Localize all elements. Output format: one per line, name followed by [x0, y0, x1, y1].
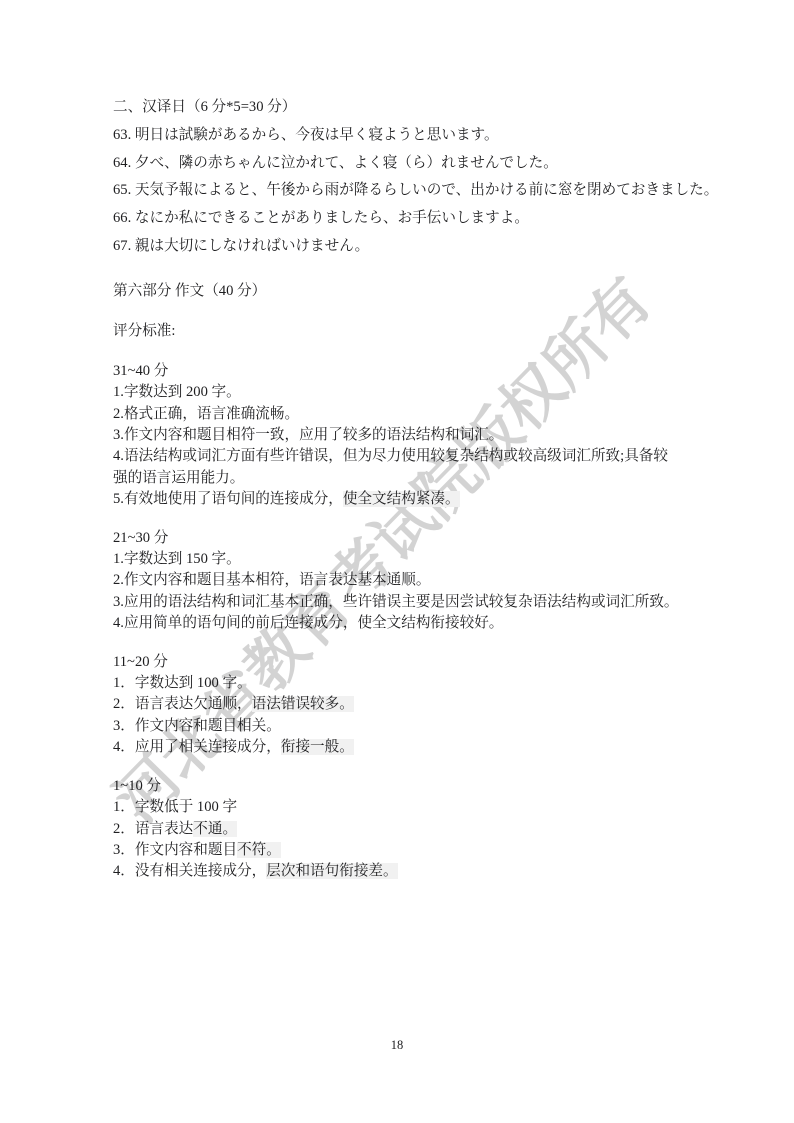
criteria-line-text: 5.有效地使用了语句间的连接成分， [113, 491, 343, 507]
criteria-line: 1.字数达到 200 字。 [113, 382, 733, 403]
criteria-line: 2．语言表达欠通顺，语法错误较多。 [113, 694, 733, 715]
score-range-label: 1~10 分 [113, 776, 733, 797]
translation-heading: 二、汉译日（6 分*5=30 分） [113, 94, 733, 122]
criteria-line-text: 1.字数达到 150 字。 [113, 551, 241, 567]
score-bands: 31~40 分 1.字数达到 200 字。 2.格式正确，语言准确流畅。 3.作… [113, 361, 733, 883]
translation-item-63: 63. 明日は試験があるから、今夜は早く寝ようと思います。 [113, 122, 733, 150]
criteria-line: 4.语法结构或词汇方面有些许错误，但为尽力使用较复杂结构或较高级词汇所致;具备较 [113, 446, 733, 467]
criteria-line: 3.作文内容和题目相符一致，应用了较多的语法结构和词汇。 [113, 425, 733, 446]
criteria-line: 1．字数达到 100 字。 [113, 673, 733, 694]
criteria-line-text: 1．字数低于 100 字 [113, 799, 237, 815]
criteria-line-text: 3．作文内容和题目相关。 [113, 718, 281, 734]
criteria-line: 1．字数低于 100 字 [113, 797, 733, 818]
criteria-line: 4．应用了相关连接成分，衔接一般。 [113, 737, 733, 758]
criteria-line-text: 2．语言表达 [113, 821, 193, 837]
criteria-line: 强的语言运用能力。 [113, 468, 733, 489]
criteria-line-text: 2.作文内容和题目基本相符，语言表达基本通顺。 [113, 572, 430, 588]
translation-item-64: 64. 夕べ、隣の赤ちゃんに泣かれて、よく寝（ら）れませんでした。 [113, 150, 733, 178]
translation-item-66: 66. なにか私にできることがありましたら、お手伝いしますよ。 [113, 205, 733, 233]
criteria-line-text: 2.格式正确，语言准确流畅。 [113, 406, 299, 422]
criteria-line-text: 4.语法结构或词汇方面有些许错误，但为尽力使用较复杂结构或较高级词汇所致;具备较 [113, 448, 668, 464]
criteria-line-highlight: 语法错误较多。 [252, 696, 354, 712]
criteria-line-highlight: 衔接一般。 [281, 739, 354, 755]
criteria-line-text: 1.字数达到 200 字。 [113, 384, 241, 400]
score-range-label: 11~20 分 [113, 652, 733, 673]
criteria-line-text: 3．作文内容和题目 [113, 842, 237, 858]
document-page: 二、汉译日（6 分*5=30 分） 63. 明日は試験があるから、今夜は早く寝よ… [113, 94, 733, 883]
criteria-line-highlight: 不符。 [237, 842, 281, 858]
translation-item-65: 65. 天気予報によると、午後から雨が降るらしいので、出かける前に窓を閉めておき… [113, 177, 733, 205]
score-band-21-30: 21~30 分 1.字数达到 150 字。 2.作文内容和题目基本相符，语言表达… [113, 528, 733, 635]
criteria-line-text: 4．应用了相关连接成分， [113, 739, 281, 755]
score-band-1-10: 1~10 分 1．字数低于 100 字 2．语言表达不通。 3．作文内容和题目不… [113, 776, 733, 883]
criteria-line: 4．没有相关连接成分，层次和语句衔接差。 [113, 861, 733, 882]
translation-item-67: 67. 親は大切にしなければいけません。 [113, 233, 733, 261]
criteria-line-highlight: 层次和语句衔接差。 [266, 863, 397, 879]
criteria-line-text: 3.作文内容和题目相符一致，应用了较多的语法结构和词汇。 [113, 427, 503, 443]
score-band-31-40: 31~40 分 1.字数达到 200 字。 2.格式正确，语言准确流畅。 3.作… [113, 361, 733, 511]
score-range-label: 21~30 分 [113, 528, 733, 549]
criteria-line: 5.有效地使用了语句间的连接成分，使全文结构紧凑。 [113, 489, 733, 510]
criteria-line-highlight: 使全文结构紧凑。 [343, 491, 460, 507]
criteria-line: 2.格式正确，语言准确流畅。 [113, 404, 733, 425]
criteria-line-highlight: 不通。 [193, 821, 237, 837]
criteria-line: 3.应用的语法结构和词汇基本正确，些许错误主要是因尝试较复杂语法结构或词汇所致。 [113, 592, 733, 613]
criteria-line-text: 2．语言表达欠通顺， [113, 696, 252, 712]
score-band-11-20: 11~20 分 1．字数达到 100 字。 2．语言表达欠通顺，语法错误较多。 … [113, 652, 733, 759]
criteria-line: 2.作文内容和题目基本相符，语言表达基本通顺。 [113, 570, 733, 591]
criteria-line: 3．作文内容和题目相关。 [113, 716, 733, 737]
criteria-line-text: 1．字数达到 100 字。 [113, 675, 252, 691]
criteria-label: 评分标准: [113, 317, 733, 345]
criteria-line-text: 4．没有相关连接成分， [113, 863, 266, 879]
essay-section-heading: 第六部分 作文（40 分） [113, 277, 733, 305]
criteria-line: 2．语言表达不通。 [113, 819, 733, 840]
criteria-line-text: 4.应用简单的语句间的前后连接成分，使全文结构衔接较好。 [113, 615, 503, 631]
criteria-line: 1.字数达到 150 字。 [113, 549, 733, 570]
criteria-line-text: 强的语言运用能力。 [113, 470, 244, 486]
criteria-line: 3．作文内容和题目不符。 [113, 840, 733, 861]
translation-section: 二、汉译日（6 分*5=30 分） 63. 明日は試験があるから、今夜は早く寝よ… [113, 94, 733, 261]
score-range-label: 31~40 分 [113, 361, 733, 382]
criteria-line: 4.应用简单的语句间的前后连接成分，使全文结构衔接较好。 [113, 613, 733, 634]
page-number: 18 [0, 1038, 794, 1053]
criteria-line-text: 3.应用的语法结构和词汇基本正确，些许错误主要是因尝试较复杂语法结构或词汇所致。 [113, 594, 679, 610]
